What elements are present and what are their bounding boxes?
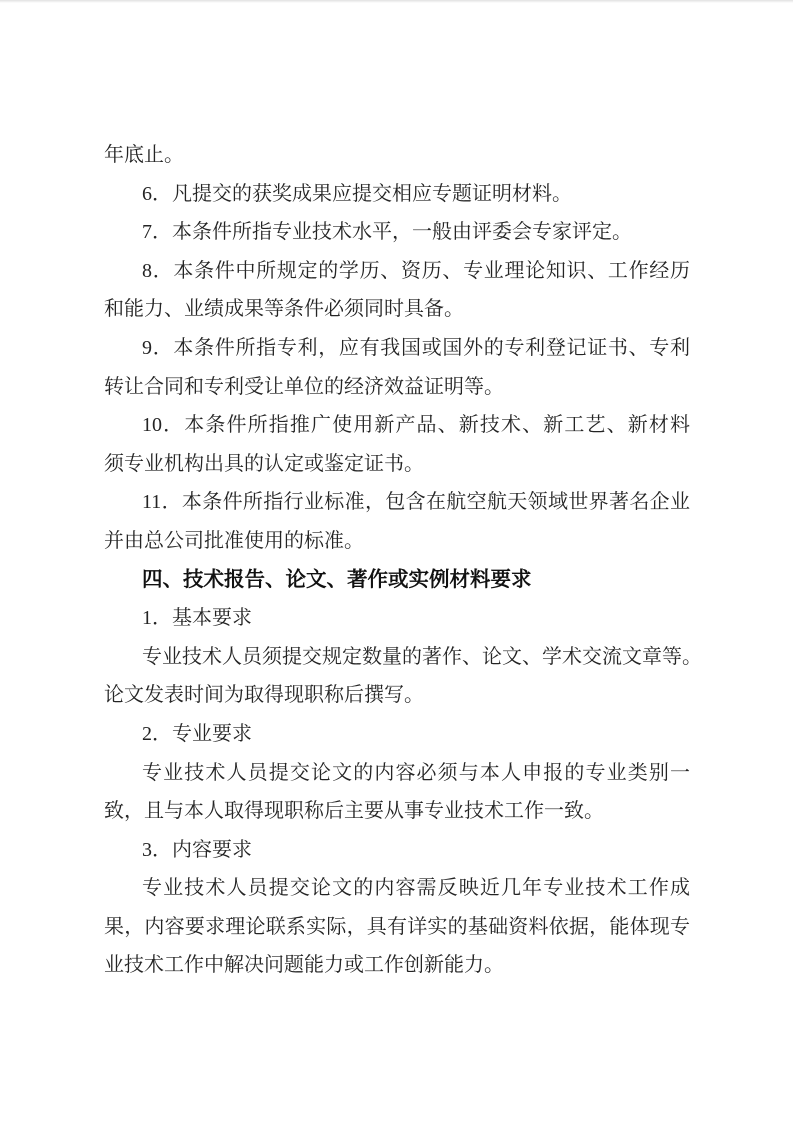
- text-line: 须专业机构出具的认定或鉴定证书。: [104, 445, 690, 484]
- paragraph: 10．本条件所指推广使用新产品、新技术、新工艺、新材料须专业机构出具的认定或鉴定…: [104, 406, 690, 483]
- paragraph: 1．基本要求: [104, 599, 690, 638]
- document-page: 年底止。6．凡提交的获奖成果应提交相应专题证明材料。7．本条件所指专业技术水平，…: [0, 0, 793, 1122]
- paragraph: 8．本条件中所规定的学历、资历、专业理论知识、工作经历和能力、业绩成果等条件必须…: [104, 252, 690, 329]
- text-line: 果，内容要求理论联系实际，具有详实的基础资料依据，能体现专: [104, 908, 690, 947]
- text-line: 论文发表时间为取得现职称后撰写。: [104, 676, 690, 715]
- text-line: 和能力、业绩成果等条件必须同时具备。: [104, 290, 690, 329]
- text-line: 年底止。: [104, 136, 690, 175]
- text-line: 9．本条件所指专利，应有我国或国外的专利登记证书、专利: [104, 329, 690, 368]
- paragraph: 专业技术人员提交论文的内容必须与本人申报的专业类别一致，且与本人取得现职称后主要…: [104, 754, 690, 831]
- paragraph: 2．专业要求: [104, 715, 690, 754]
- text-line: 2．专业要求: [104, 715, 690, 754]
- document-content: 年底止。6．凡提交的获奖成果应提交相应专题证明材料。7．本条件所指专业技术水平，…: [104, 136, 690, 985]
- text-line: 6．凡提交的获奖成果应提交相应专题证明材料。: [104, 175, 690, 214]
- text-line: 专业技术人员提交论文的内容需反映近几年专业技术工作成: [104, 869, 690, 908]
- text-line: 并由总公司批准使用的标准。: [104, 522, 690, 561]
- text-line: 10．本条件所指推广使用新产品、新技术、新工艺、新材料: [104, 406, 690, 445]
- text-line: 11．本条件所指行业标准，包含在航空航天领域世界著名企业: [104, 483, 690, 522]
- paragraph: 7．本条件所指专业技术水平，一般由评委会专家评定。: [104, 213, 690, 252]
- page-top-edge-shadow: [0, 0, 793, 3]
- text-line: 1．基本要求: [104, 599, 690, 638]
- text-line: 转让合同和专利受让单位的经济效益证明等。: [104, 368, 690, 407]
- paragraph: 9．本条件所指专利，应有我国或国外的专利登记证书、专利转让合同和专利受让单位的经…: [104, 329, 690, 406]
- text-line: 专业技术人员提交论文的内容必须与本人申报的专业类别一: [104, 754, 690, 793]
- paragraph: 6．凡提交的获奖成果应提交相应专题证明材料。: [104, 175, 690, 214]
- text-line: 致，且与本人取得现职称后主要从事专业技术工作一致。: [104, 792, 690, 831]
- paragraph: 年底止。: [104, 136, 690, 175]
- paragraph: 专业技术人员须提交规定数量的著作、论文、学术交流文章等。论文发表时间为取得现职称…: [104, 638, 690, 715]
- section-heading: 四、技术报告、论文、著作或实例材料要求: [104, 561, 690, 600]
- text-line: 业技术工作中解决问题能力或工作创新能力。: [104, 946, 690, 985]
- text-line: 7．本条件所指专业技术水平，一般由评委会专家评定。: [104, 213, 690, 252]
- section-heading-line: 四、技术报告、论文、著作或实例材料要求: [104, 561, 690, 600]
- text-line: 8．本条件中所规定的学历、资历、专业理论知识、工作经历: [104, 252, 690, 291]
- paragraph: 专业技术人员提交论文的内容需反映近几年专业技术工作成果，内容要求理论联系实际，具…: [104, 869, 690, 985]
- text-line: 专业技术人员须提交规定数量的著作、论文、学术交流文章等。: [104, 638, 690, 677]
- paragraph: 3．内容要求: [104, 831, 690, 870]
- paragraph: 11．本条件所指行业标准，包含在航空航天领域世界著名企业并由总公司批准使用的标准…: [104, 483, 690, 560]
- text-line: 3．内容要求: [104, 831, 690, 870]
